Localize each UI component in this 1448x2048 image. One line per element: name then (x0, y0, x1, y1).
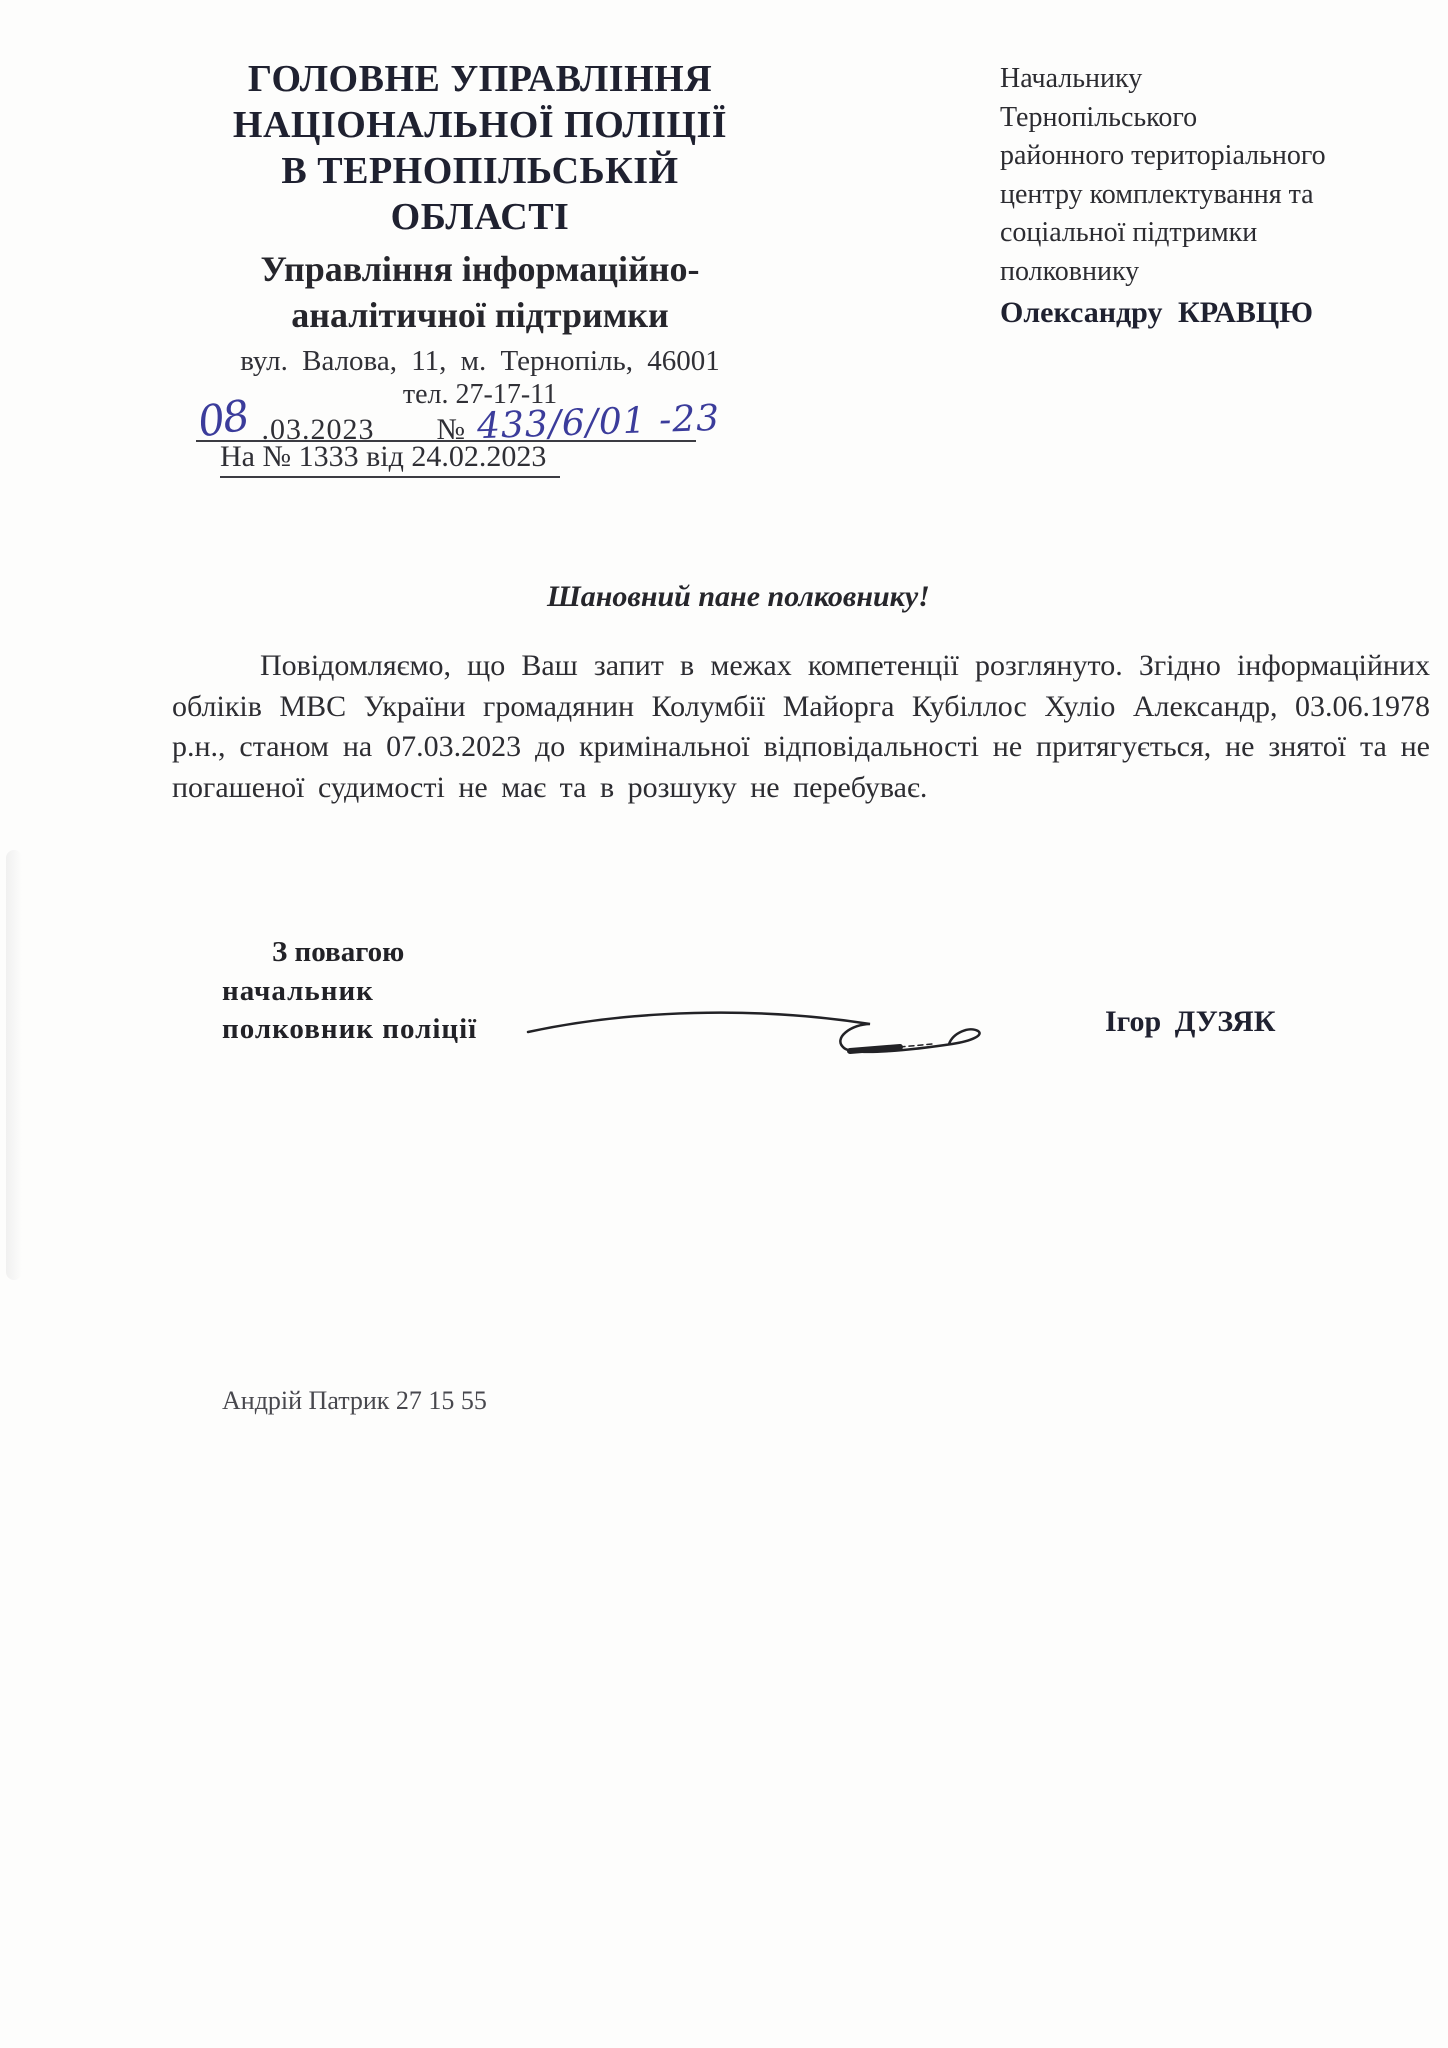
org-name-line-2: НАЦІОНАЛЬНОЇ ПОЛІЦІЇ (180, 102, 780, 148)
executor-line: Андрій Патрик 27 15 55 (222, 1386, 487, 1416)
incoming-reference: На № 1333 від 24.02.2023 (220, 440, 560, 478)
recipient-line-1: Начальнику (1000, 60, 1445, 99)
closing-respect: З повагою (272, 936, 404, 969)
org-name-line-1: ГОЛОВНЕ УПРАВЛІННЯ (180, 56, 780, 102)
recipient-line-2: Тернопільського (1000, 99, 1445, 138)
org-address: вул. Валова, 11, м. Тернопіль, 46001 (180, 344, 780, 378)
org-name: ГОЛОВНЕ УПРАВЛІННЯ НАЦІОНАЛЬНОЇ ПОЛІЦІЇ … (180, 56, 780, 240)
department-line-2: аналітичної підтримки (180, 292, 780, 338)
handwritten-date-day: 08 (194, 390, 251, 446)
department-name: Управління інформаційно- аналітичної під… (180, 246, 780, 338)
recipient-line-5: соціальної підтримки (1000, 214, 1445, 253)
recipient-name: Олександру КРАВЦЮ (1000, 294, 1445, 333)
salutation: Шановний пане полковнику! (547, 580, 930, 614)
recipient-line-6: полковнику (1000, 253, 1445, 292)
signer-title-line-1: начальник (222, 975, 374, 1008)
recipient-line-4: центру комплектування та (1000, 176, 1445, 215)
recipient-line-3: районного територіального (1000, 137, 1445, 176)
department-line-1: Управління інформаційно- (180, 246, 780, 292)
signer-name: Ігор ДУЗЯК (1105, 1005, 1275, 1039)
scan-smudge (6, 850, 22, 1280)
signer-title-line-2: полковник поліції (222, 1013, 477, 1046)
sender-letterhead: ГОЛОВНЕ УПРАВЛІННЯ НАЦІОНАЛЬНОЇ ПОЛІЦІЇ … (180, 56, 780, 411)
scanned-letter-page: ГОЛОВНЕ УПРАВЛІННЯ НАЦІОНАЛЬНОЇ ПОЛІЦІЇ … (0, 0, 1448, 2048)
org-name-line-4: ОБЛАСТІ (180, 194, 780, 240)
recipient-block: Начальнику Тернопільського районного тер… (1000, 60, 1445, 333)
date-number-row: 08.03.2023№433/6/01 -23 (196, 392, 696, 442)
signature-stroke (520, 1000, 1000, 1070)
org-name-line-3: В ТЕРНОПІЛЬСЬКІЙ (180, 148, 780, 194)
body-paragraph: Повідомляємо, що Ваш запит в межах компе… (172, 646, 1430, 808)
